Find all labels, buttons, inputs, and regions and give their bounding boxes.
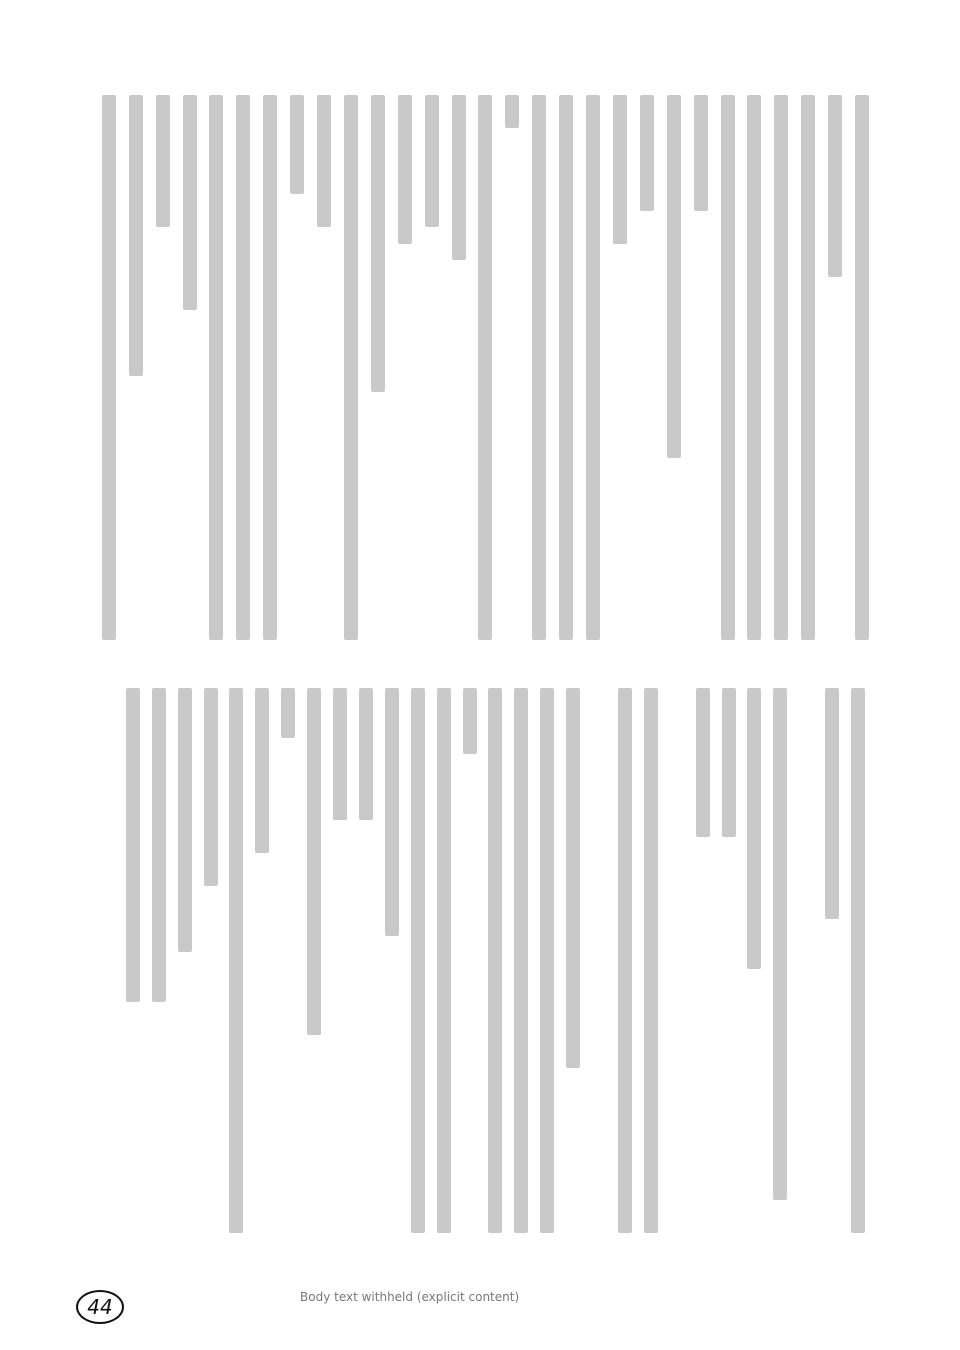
text-column xyxy=(102,95,116,640)
text-column xyxy=(722,688,736,837)
text-column xyxy=(566,688,580,1068)
text-column xyxy=(618,688,632,1233)
text-column xyxy=(255,688,269,853)
text-column xyxy=(721,95,735,640)
text-column xyxy=(694,95,708,211)
text-column xyxy=(505,95,519,128)
text-column xyxy=(344,95,358,640)
text-column xyxy=(385,688,399,936)
text-column xyxy=(317,95,331,227)
text-column xyxy=(156,95,170,227)
text-column xyxy=(774,95,788,640)
text-column xyxy=(425,95,439,227)
text-column xyxy=(129,95,143,376)
text-column xyxy=(236,95,250,640)
text-column xyxy=(126,688,140,1002)
text-column xyxy=(488,688,502,1233)
text-column xyxy=(371,95,385,392)
text-column xyxy=(178,688,192,952)
text-column xyxy=(411,688,425,1233)
text-column xyxy=(478,95,492,640)
text-column xyxy=(437,688,451,1233)
text-column xyxy=(825,688,839,919)
text-column xyxy=(183,95,197,310)
text-column xyxy=(452,95,466,260)
text-column xyxy=(667,95,681,458)
text-column xyxy=(263,95,277,640)
text-column xyxy=(801,95,815,640)
page-number: 44 xyxy=(76,1290,124,1324)
text-column xyxy=(307,688,321,1035)
text-column xyxy=(209,95,223,640)
text-column xyxy=(398,95,412,244)
text-column xyxy=(855,95,869,640)
text-column xyxy=(540,688,554,1233)
text-column xyxy=(640,95,654,211)
text-column xyxy=(851,688,865,1233)
text-column xyxy=(281,688,295,738)
text-column xyxy=(586,95,600,640)
text-column xyxy=(204,688,218,886)
text-column xyxy=(747,95,761,640)
text-column xyxy=(333,688,347,820)
text-column xyxy=(644,688,658,1233)
text-column xyxy=(514,688,528,1233)
redaction-notice: Body text withheld (explicit content) xyxy=(300,1290,519,1304)
text-column xyxy=(613,95,627,244)
text-column xyxy=(747,688,761,969)
text-column xyxy=(152,688,166,1002)
text-column xyxy=(359,688,373,820)
text-column xyxy=(773,688,787,1200)
text-column xyxy=(463,688,477,754)
text-column xyxy=(290,95,304,194)
text-column xyxy=(828,95,842,277)
text-column xyxy=(229,688,243,1233)
text-column xyxy=(559,95,573,640)
text-column xyxy=(696,688,710,837)
text-column xyxy=(532,95,546,640)
